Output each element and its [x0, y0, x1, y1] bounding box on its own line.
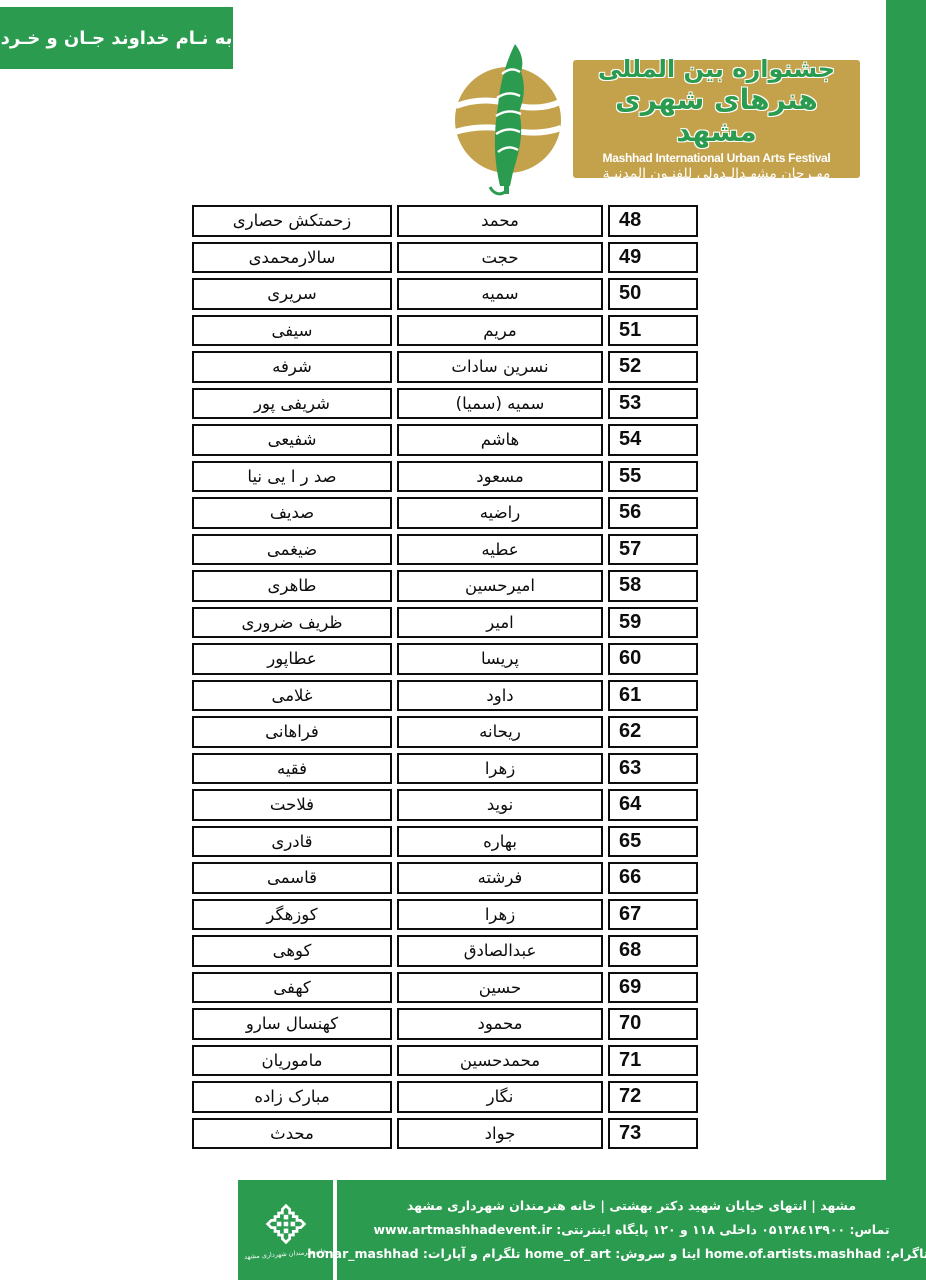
first-name-cell: مریم	[397, 315, 603, 347]
first-name-cell: نسرین سادات	[397, 351, 603, 383]
first-name-cell: محمدحسین	[397, 1045, 603, 1077]
table-row: 48محمدزحمتکش حصاری	[192, 205, 698, 237]
table-row: 66فرشتهقاسمی	[192, 862, 698, 894]
row-number: 49	[608, 242, 698, 274]
row-number: 58	[608, 570, 698, 602]
first-name-cell: امیرحسین	[397, 570, 603, 602]
first-name-cell: بهاره	[397, 826, 603, 858]
last-name-cell: سریری	[192, 278, 392, 310]
last-name-cell: ظریف ضروری	[192, 607, 392, 639]
first-name-cell: ریحانه	[397, 716, 603, 748]
row-number: 71	[608, 1045, 698, 1077]
first-name-cell: زهرا	[397, 899, 603, 931]
footer-contact-line: تماس: ۰۵۱۳۸٤۱۳۹۰۰ داخلی ۱۱۸ و ۱۲۰ پایگاه…	[373, 1218, 889, 1242]
table-row: 58امیرحسینطاهری	[192, 570, 698, 602]
last-name-cell: ضیغمی	[192, 534, 392, 566]
table-row: 61داودغلامی	[192, 680, 698, 712]
table-row: 69حسینکهفی	[192, 972, 698, 1004]
last-name-cell: سالارمحمدی	[192, 242, 392, 274]
row-number: 51	[608, 315, 698, 347]
last-name-cell: شفیعی	[192, 424, 392, 456]
last-name-cell: فقیه	[192, 753, 392, 785]
table-row: 50سمیهسریری	[192, 278, 698, 310]
first-name-cell: زهرا	[397, 753, 603, 785]
last-name-cell: شریفی پور	[192, 388, 392, 420]
row-number: 48	[608, 205, 698, 237]
table-row: 53سمیه (سمیا)شریفی پور	[192, 388, 698, 420]
last-name-cell: عطاپور	[192, 643, 392, 675]
row-number: 55	[608, 461, 698, 493]
table-row: 65بهارهقادری	[192, 826, 698, 858]
footer-address-line: مشهد | انتهای خیابان شهید دکتر بهشتی | خ…	[407, 1194, 856, 1218]
table-row: 52نسرین ساداتشرفه	[192, 351, 698, 383]
first-name-cell: پریسا	[397, 643, 603, 675]
first-name-cell: نوید	[397, 789, 603, 821]
last-name-cell: شرفه	[192, 351, 392, 383]
first-name-cell: مسعود	[397, 461, 603, 493]
last-name-cell: فراهانی	[192, 716, 392, 748]
bismillah-banner: به نـام خداوند جـان و خـرد	[0, 7, 233, 69]
last-name-cell: کهفی	[192, 972, 392, 1004]
last-name-cell: مبارک زاده	[192, 1081, 392, 1113]
row-number: 73	[608, 1118, 698, 1150]
table-row: 62ریحانهفراهانی	[192, 716, 698, 748]
last-name-cell: کهنسال سارو	[192, 1008, 392, 1040]
first-name-cell: حسین	[397, 972, 603, 1004]
festival-roster-page: به نـام خداوند جـان و خـرد جشنواره بین ا…	[0, 0, 926, 1280]
first-name-cell: نگار	[397, 1081, 603, 1113]
festival-title-en: Mashhad International Urban Arts Festiva…	[573, 151, 860, 165]
last-name-cell: قاسمی	[192, 862, 392, 894]
last-name-cell: قادری	[192, 826, 392, 858]
table-row: 57عطیهضیغمی	[192, 534, 698, 566]
last-name-cell: زحمتکش حصاری	[192, 205, 392, 237]
last-name-cell: کوهی	[192, 935, 392, 967]
last-name-cell: فلاحت	[192, 789, 392, 821]
last-name-cell: غلامی	[192, 680, 392, 712]
row-number: 57	[608, 534, 698, 566]
last-name-cell: ماموریان	[192, 1045, 392, 1077]
festival-emblem-icon	[448, 38, 575, 198]
participants-table: 48محمدزحمتکش حصاری49حجتسالارمحمدی50سمیهس…	[187, 200, 703, 1154]
table-row: 56راضیهصدیف	[192, 497, 698, 529]
row-number: 61	[608, 680, 698, 712]
first-name-cell: جواد	[397, 1118, 603, 1150]
row-number: 67	[608, 899, 698, 931]
row-number: 53	[608, 388, 698, 420]
row-number: 59	[608, 607, 698, 639]
first-name-cell: محمد	[397, 205, 603, 237]
table-row: 68عبدالصادقکوهی	[192, 935, 698, 967]
artists-house-ornament-icon	[264, 1202, 308, 1246]
last-name-cell: صد ر ا یی نیا	[192, 461, 392, 493]
row-number: 50	[608, 278, 698, 310]
last-name-cell: طاهری	[192, 570, 392, 602]
first-name-cell: محمود	[397, 1008, 603, 1040]
row-number: 70	[608, 1008, 698, 1040]
festival-title-fa-line1: جشنواره بین المللی	[573, 56, 860, 84]
festival-wordmark: جشنواره بین المللی هنرهای شهری مشهد Mash…	[573, 60, 860, 178]
row-number: 56	[608, 497, 698, 529]
first-name-cell: حجت	[397, 242, 603, 274]
table-row: 55مسعودصد ر ا یی نیا	[192, 461, 698, 493]
first-name-cell: سمیه	[397, 278, 603, 310]
row-number: 63	[608, 753, 698, 785]
table-row: 70محمودکهنسال سارو	[192, 1008, 698, 1040]
first-name-cell: عطیه	[397, 534, 603, 566]
first-name-cell: داود	[397, 680, 603, 712]
bismillah-text: به نـام خداوند جـان و خـرد	[1, 28, 233, 49]
row-number: 64	[608, 789, 698, 821]
table-row: 67زهراکوزهگر	[192, 899, 698, 931]
row-number: 54	[608, 424, 698, 456]
table-row: 54هاشمشفیعی	[192, 424, 698, 456]
last-name-cell: سیفی	[192, 315, 392, 347]
first-name-cell: سمیه (سمیا)	[397, 388, 603, 420]
row-number: 69	[608, 972, 698, 1004]
table-row: 49حجتسالارمحمدی	[192, 242, 698, 274]
row-number: 60	[608, 643, 698, 675]
row-number: 68	[608, 935, 698, 967]
right-green-bar	[886, 0, 926, 1182]
row-number: 65	[608, 826, 698, 858]
footer-social-line: اینستاگرام: home.of.artists.mashhad ایتا…	[307, 1242, 926, 1266]
table-row: 51مریمسیفی	[192, 315, 698, 347]
first-name-cell: فرشته	[397, 862, 603, 894]
first-name-cell: راضیه	[397, 497, 603, 529]
first-name-cell: امیر	[397, 607, 603, 639]
table-row: 60پریساعطاپور	[192, 643, 698, 675]
table-row: 72نگارمبارک زاده	[192, 1081, 698, 1113]
table-row: 73جوادمحدث	[192, 1118, 698, 1150]
table-row: 64نویدفلاحت	[192, 789, 698, 821]
row-number: 52	[608, 351, 698, 383]
row-number: 66	[608, 862, 698, 894]
first-name-cell: عبدالصادق	[397, 935, 603, 967]
last-name-cell: محدث	[192, 1118, 392, 1150]
festival-title-fa-line2: هنرهای شهری مشهد	[573, 84, 860, 148]
last-name-cell: کوزهگر	[192, 899, 392, 931]
row-number: 72	[608, 1081, 698, 1113]
festival-title-ar: مهـرجان مشهـدالـدولي للفنـون المدنيـة	[573, 166, 860, 182]
first-name-cell: هاشم	[397, 424, 603, 456]
footer-contact-box: مشهد | انتهای خیابان شهید دکتر بهشتی | خ…	[337, 1180, 926, 1280]
table-row: 71محمدحسینماموریان	[192, 1045, 698, 1077]
table-row: 63زهرافقیه	[192, 753, 698, 785]
row-number: 62	[608, 716, 698, 748]
roster-body: 48محمدزحمتکش حصاری49حجتسالارمحمدی50سمیهس…	[192, 205, 698, 1149]
table-row: 59امیرظریف ضروری	[192, 607, 698, 639]
last-name-cell: صدیف	[192, 497, 392, 529]
